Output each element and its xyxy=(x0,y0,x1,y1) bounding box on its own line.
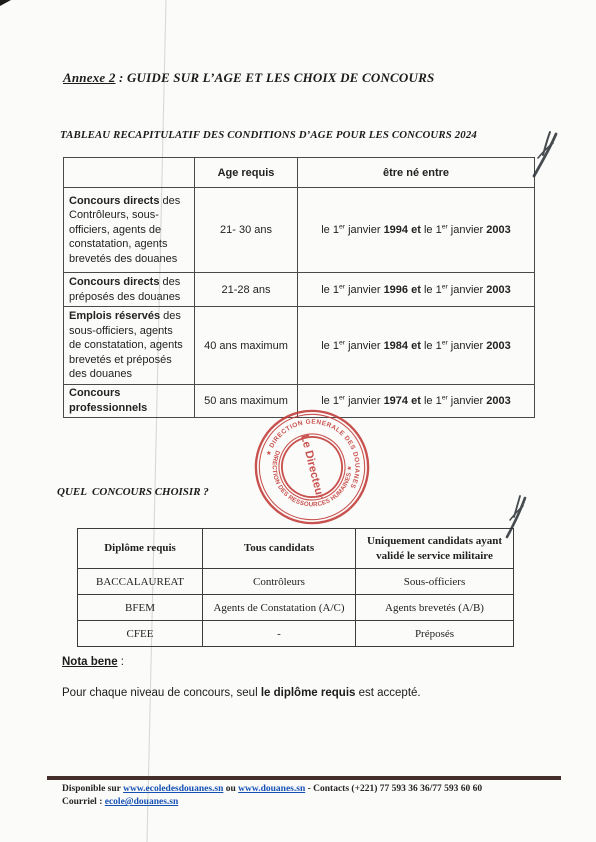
concours-label-cell: Concours directs des Contrôleurs, sous-o… xyxy=(64,188,195,273)
scanned-document-page: Annexe 2 : GUIDE SUR L’AGE ET LES CHOIX … xyxy=(0,0,596,842)
diploma-table-header-row: Diplôme requis Tous candidats Uniquement… xyxy=(78,529,514,569)
choisir-heading: QUEL CONCOURS CHOISIR ? xyxy=(57,486,209,498)
diploma-header: Diplôme requis xyxy=(78,529,203,569)
concours-label-cell: Concours directs des préposés des douane… xyxy=(64,273,195,307)
age-requis-cell: 21-28 ans xyxy=(195,273,298,307)
nota-bene: Nota bene : xyxy=(62,656,124,668)
footer-text: ou xyxy=(223,784,238,794)
all-candidates-cell: Agents de Constatation (A/C) xyxy=(203,595,356,621)
nota-bene-colon: : xyxy=(118,656,124,668)
born-between-cell: le 1er janvier 1996 et le 1er janvier 20… xyxy=(298,273,535,307)
footer-divider xyxy=(47,776,561,780)
military-candidates-header: Uniquement candidats ayant validé le ser… xyxy=(356,529,514,569)
all-candidates-cell: - xyxy=(203,621,356,647)
link-ecoledesdouanes[interactable]: www.ecoledesdouanes.sn xyxy=(123,784,223,794)
link-douanes[interactable]: www.douanes.sn xyxy=(238,784,305,794)
footer-line2: Courriel : ecole@douanes.sn xyxy=(62,796,582,809)
table-row: BACCALAUREAT Contrôleurs Sous-officiers xyxy=(78,569,514,595)
table-row: CFEE - Préposés xyxy=(78,621,514,647)
footer-line1: Disponible sur www.ecoledesdouanes.sn ou… xyxy=(62,783,582,796)
military-candidates-cell: Sous-officiers xyxy=(356,569,514,595)
military-candidates-cell: Agents brevetés (A/B) xyxy=(356,595,514,621)
table-row: Concours directs des Contrôleurs, sous-o… xyxy=(64,188,535,273)
age-requis-header: Age requis xyxy=(195,158,298,188)
table-row: Concours directs des préposés des douane… xyxy=(64,273,535,307)
stamp-center-text: Le Directeur xyxy=(298,434,326,502)
footer-text: Courriel : xyxy=(62,797,105,807)
concours-label-cell: Concours professionnels xyxy=(64,385,195,418)
link-email[interactable]: ecole@douanes.sn xyxy=(105,797,179,807)
corner-speck xyxy=(0,0,11,6)
page-title: Annexe 2 : GUIDE SUR L’AGE ET LES CHOIX … xyxy=(63,70,434,86)
footer-text: Disponible sur xyxy=(62,784,123,794)
footer: Disponible sur www.ecoledesdouanes.sn ou… xyxy=(62,783,582,810)
born-between-header: être né entre xyxy=(298,158,535,188)
table-row: BFEM Agents de Constatation (A/C) Agents… xyxy=(78,595,514,621)
born-between-cell: le 1er janvier 1984 et le 1er janvier 20… xyxy=(298,307,535,385)
age-conditions-table: Age requis être né entre Concours direct… xyxy=(63,157,535,418)
age-requis-cell: 21- 30 ans xyxy=(195,188,298,273)
born-between-cell: le 1er janvier 1994 et le 1er janvier 20… xyxy=(298,188,535,273)
title-rest: : GUIDE SUR L’AGE ET LES CHOIX DE CONCOU… xyxy=(116,70,435,85)
recap-table-heading: TABLEAU RECAPITULATIF DES CONDITIONS D’A… xyxy=(60,129,565,141)
diploma-cell: CFEE xyxy=(78,621,203,647)
annexe-label: Annexe 2 xyxy=(63,70,116,85)
empty-header-cell xyxy=(64,158,195,188)
diploma-cell: BACCALAUREAT xyxy=(78,569,203,595)
table-row: Emplois réservés des sous-officiers, age… xyxy=(64,307,535,385)
age-requis-cell: 40 ans maximum xyxy=(195,307,298,385)
nota-body-text: Pour chaque niveau de concours, seul le … xyxy=(62,687,421,699)
all-candidates-header: Tous candidats xyxy=(203,529,356,569)
diploma-table: Diplôme requis Tous candidats Uniquement… xyxy=(77,528,514,647)
footer-contacts: - Contacts (+221) 77 593 36 36/77 593 60… xyxy=(305,784,482,794)
all-candidates-cell: Contrôleurs xyxy=(203,569,356,595)
military-candidates-cell: Préposés xyxy=(356,621,514,647)
nota-bene-label: Nota bene xyxy=(62,656,118,668)
age-table-header-row: Age requis être né entre xyxy=(64,158,535,188)
diploma-cell: BFEM xyxy=(78,595,203,621)
concours-label-cell: Emplois réservés des sous-officiers, age… xyxy=(64,307,195,385)
